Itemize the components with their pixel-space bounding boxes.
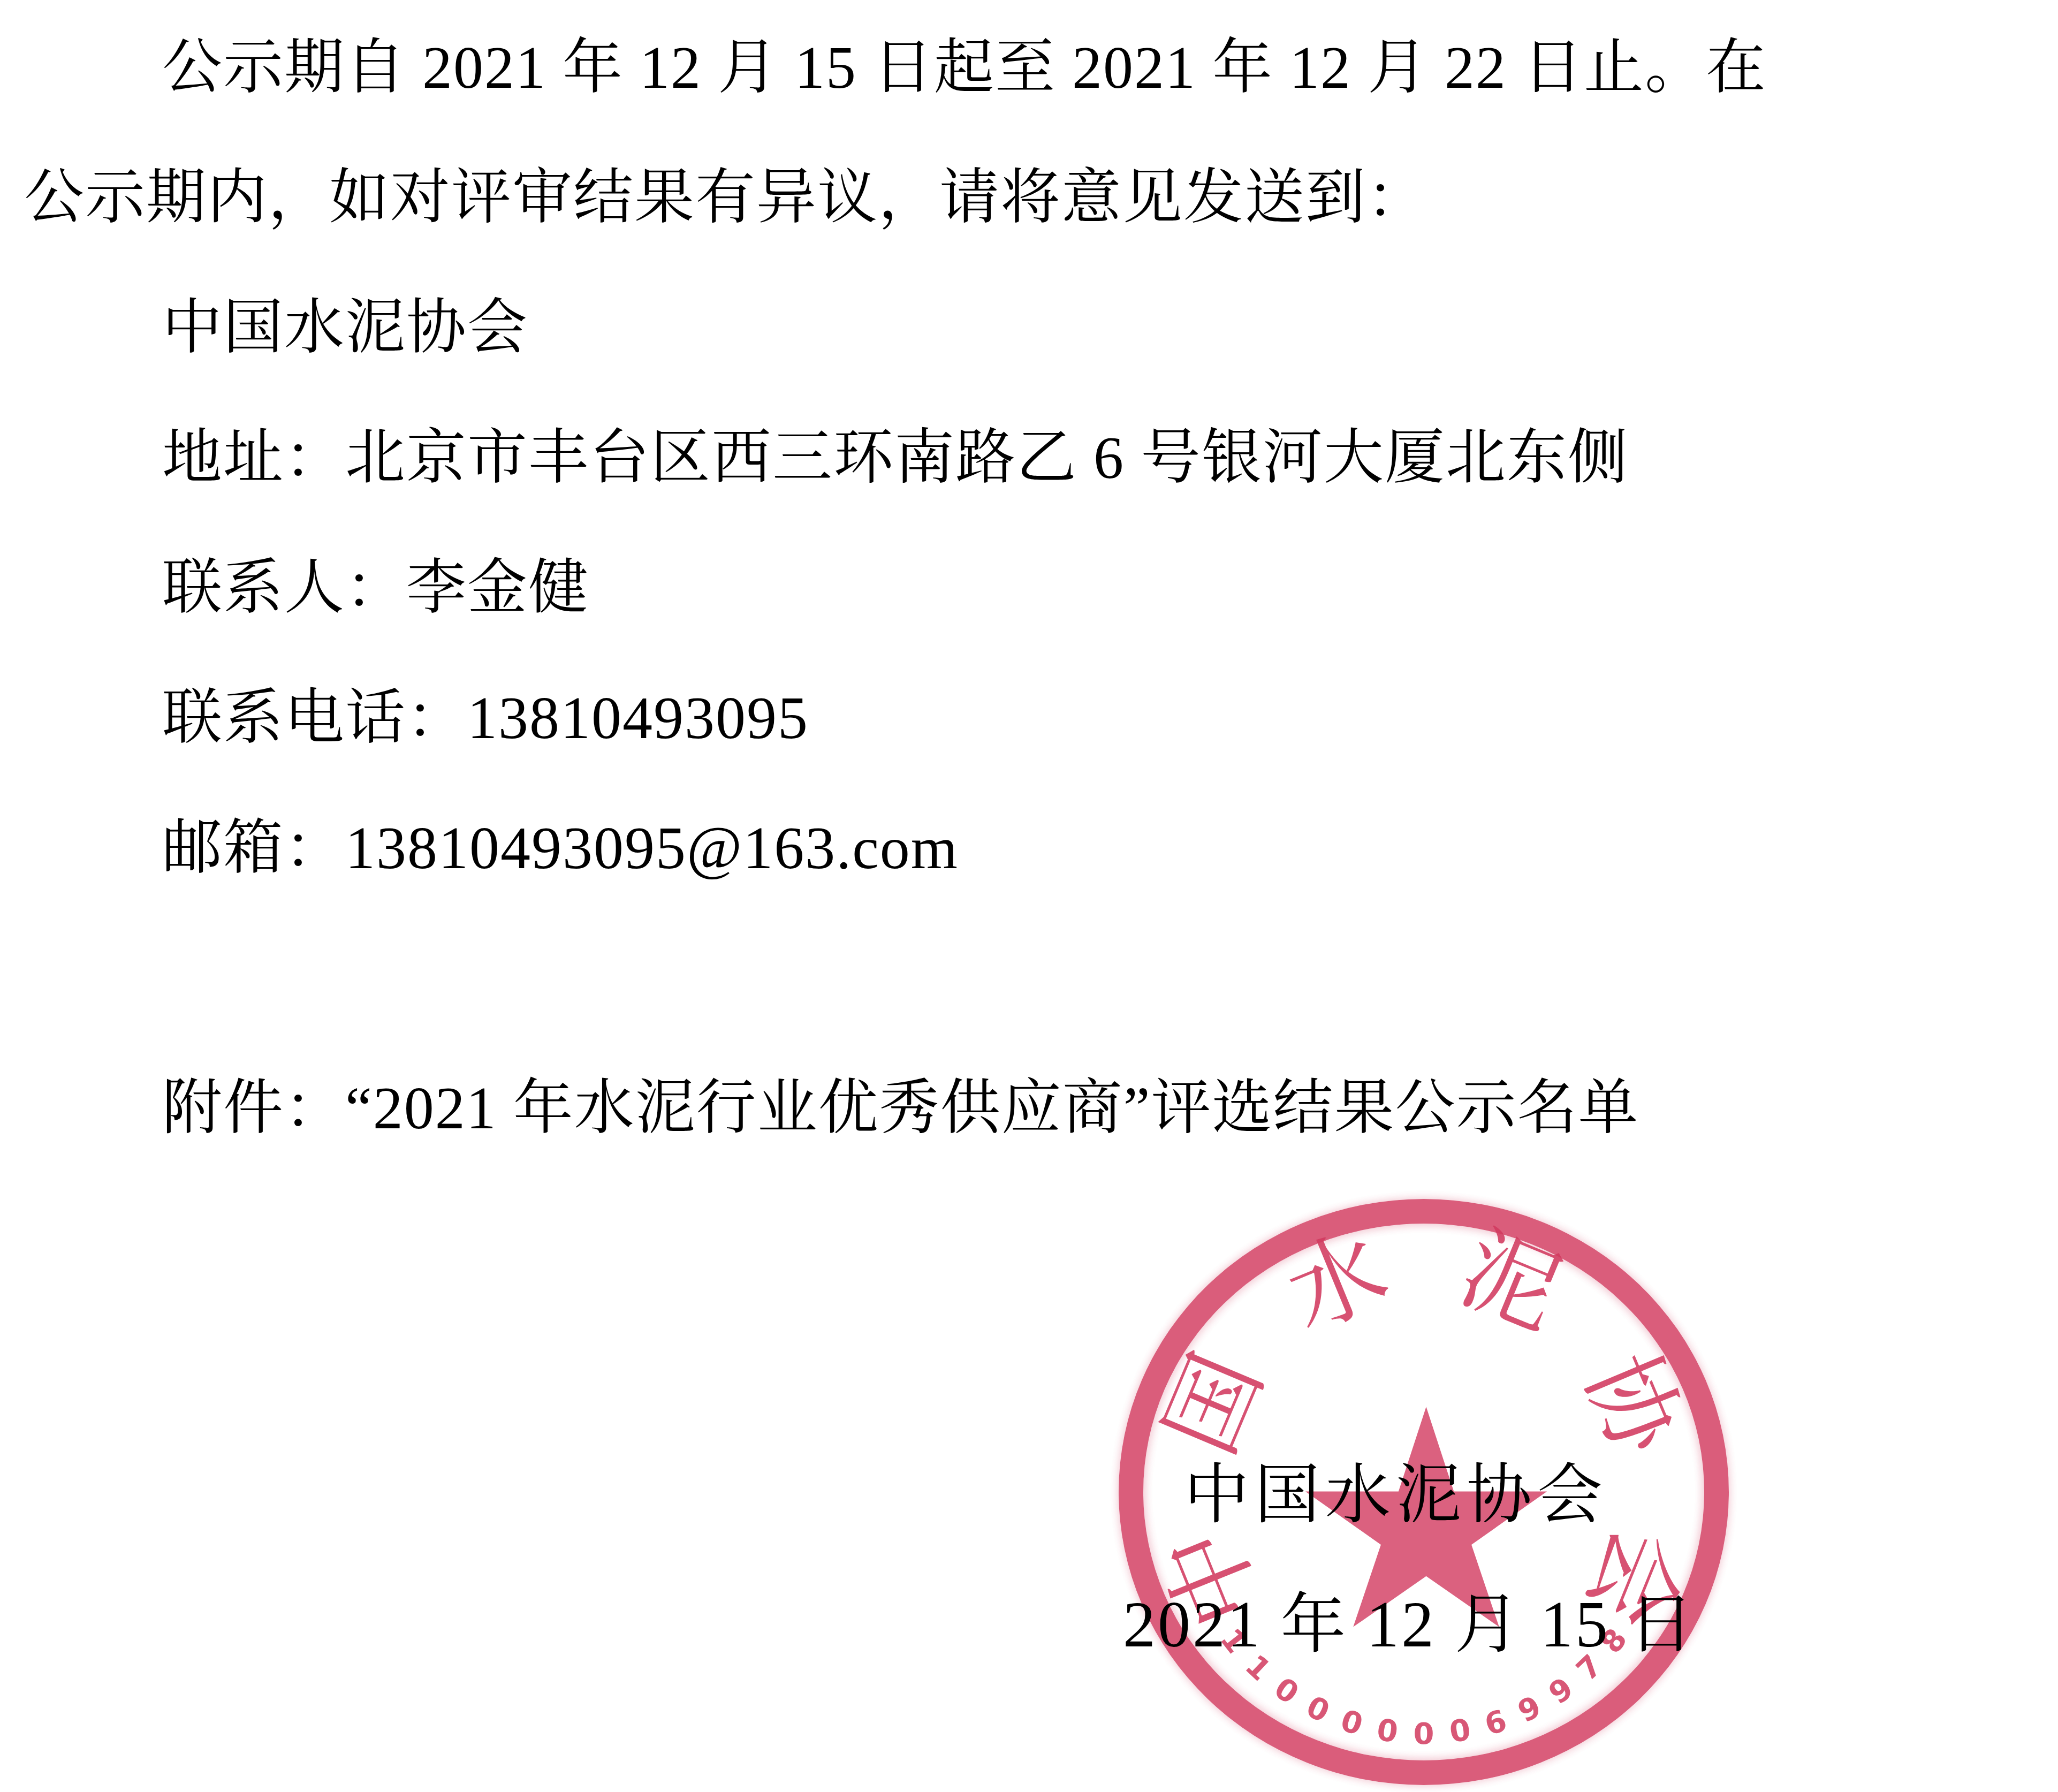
signature-date: 2021 年 12 月 15 日 <box>1123 1592 1696 1658</box>
email-line: 邮箱：13810493095@163.com <box>24 784 2037 914</box>
seal-serial-digit: 0 <box>1448 1715 1473 1748</box>
attachment-line: 附件：“2021 年水泥行业优秀供应商”评选结果公示名单 <box>24 1044 2037 1174</box>
signature-org-name: 中国水泥协会 <box>1184 1463 1608 1528</box>
seal-serial-digit: 0 <box>1414 1719 1434 1749</box>
seal-serial-digit: 0 <box>1374 1715 1400 1748</box>
paragraph-line-1: 公示期自 2021 年 12 月 15 日起至 2021 年 12 月 22 日… <box>24 3 2037 133</box>
contact-person-line: 联系人：李金健 <box>24 523 2037 654</box>
announcement-body: 公示期自 2021 年 12 月 15 日起至 2021 年 12 月 22 日… <box>24 3 2037 1174</box>
contact-phone-line: 联系电话：13810493095 <box>24 654 2037 784</box>
org-name-line: 中国水泥协会 <box>24 263 2037 393</box>
address-line: 地址：北京市丰台区西三环南路乙 6 号银河大厦北东侧 <box>24 393 2037 523</box>
paragraph-line-2: 公示期内，如对评审结果有异议，请将意见发送到： <box>24 133 2037 263</box>
